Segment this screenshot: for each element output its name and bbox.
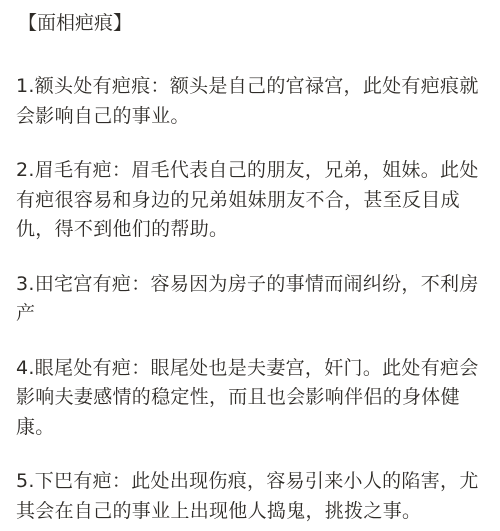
- paragraph-property-palace-scar: 3.田宅宫有疤：容易因为房子的事情而闹纠纷，不利房产: [16, 270, 484, 329]
- paragraph-eye-corner-scar: 4.眼尾处有疤：眼尾处也是夫妻宫，奸门。此处有疤会影响夫妻感情的稳定性，而且也会…: [16, 354, 484, 443]
- paragraph-eyebrow-scar: 2.眉毛有疤：眉毛代表自己的朋友，兄弟，姐妹。此处有疤很容易和身边的兄弟姐妹朋友…: [16, 156, 484, 245]
- article-title: 【面相疤痕】: [18, 8, 484, 38]
- paragraph-forehead-scar: 1.额头处有疤痕：额头是自己的官禄宫，此处有疤痕就会影响自己的事业。: [16, 72, 484, 131]
- article: 【面相疤痕】 1.额头处有疤痕：额头是自己的官禄宫，此处有疤痕就会影响自己的事业…: [0, 0, 500, 526]
- paragraph-chin-scar: 5.下巴有疤：此处出现伤痕，容易引来小人的陷害，尤其会在自己的事业上出现他人捣鬼…: [16, 467, 484, 526]
